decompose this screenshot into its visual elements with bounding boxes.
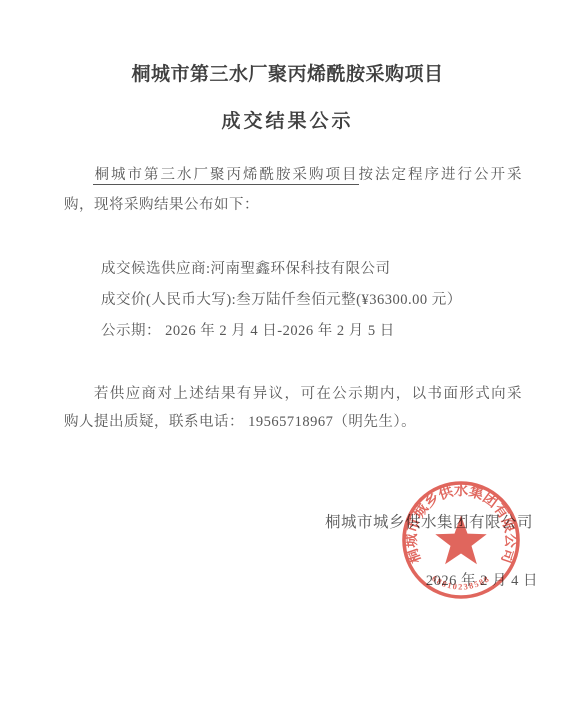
intro-line-2: 购，现将采购结果公布如下： (64, 190, 522, 220)
document-title: 桐城市第三水厂聚丙烯酰胺采购项目 (0, 59, 575, 86)
intro-line-1: 桐城市第三水厂聚丙烯酰胺采购项目按法定程序进行公开采 (64, 160, 522, 190)
result-price: 成交价(人民币大写):叁万陆仟叁佰元整(¥36300.00 元） (101, 285, 462, 316)
document-subtitle: 成交结果公示 (0, 106, 575, 133)
company-seal-stamp-icon: 桐城市城乡供水集团有限公司 68810238588 (376, 455, 546, 625)
result-list: 成交候选供应商:河南聖鑫环保科技有限公司 成交价(人民币大写):叁万陆仟叁佰元整… (101, 254, 462, 347)
signature-date: 2026 年 2 月 4 日 (426, 569, 538, 590)
intro-line-1-rest: 按法定程序进行公开采 (359, 167, 523, 183)
announcement-document: 桐城市第三水厂聚丙烯酰胺采购项目 成交结果公示 桐城市第三水厂聚丙烯酰胺采购项目… (0, 0, 575, 710)
intro-paragraph: 桐城市第三水厂聚丙烯酰胺采购项目按法定程序进行公开采 购，现将采购结果公布如下： (64, 160, 522, 220)
result-supplier: 成交候选供应商:河南聖鑫环保科技有限公司 (101, 254, 462, 285)
signature-company: 桐城市城乡供水集团有限公司 (325, 510, 533, 532)
notice-line-1-text: 若供应商对上述结果有异议，可在公示期内，以书面形式向采 (93, 386, 522, 402)
result-publicity-period: 公示期： 2026 年 2 月 4 日-2026 年 2 月 5 日 (101, 316, 462, 347)
objection-notice-paragraph: 若供应商对上述结果有异议，可在公示期内，以书面形式向采 购人提出质疑，联系电话：… (64, 380, 522, 436)
notice-line-1: 若供应商对上述结果有异议，可在公示期内，以书面形式向采 (64, 380, 522, 408)
notice-line-2: 购人提出质疑，联系电话： 19565718967（明先生）。 (64, 408, 522, 436)
project-name-underlined: 桐城市第三水厂聚丙烯酰胺采购项目 (93, 167, 359, 185)
